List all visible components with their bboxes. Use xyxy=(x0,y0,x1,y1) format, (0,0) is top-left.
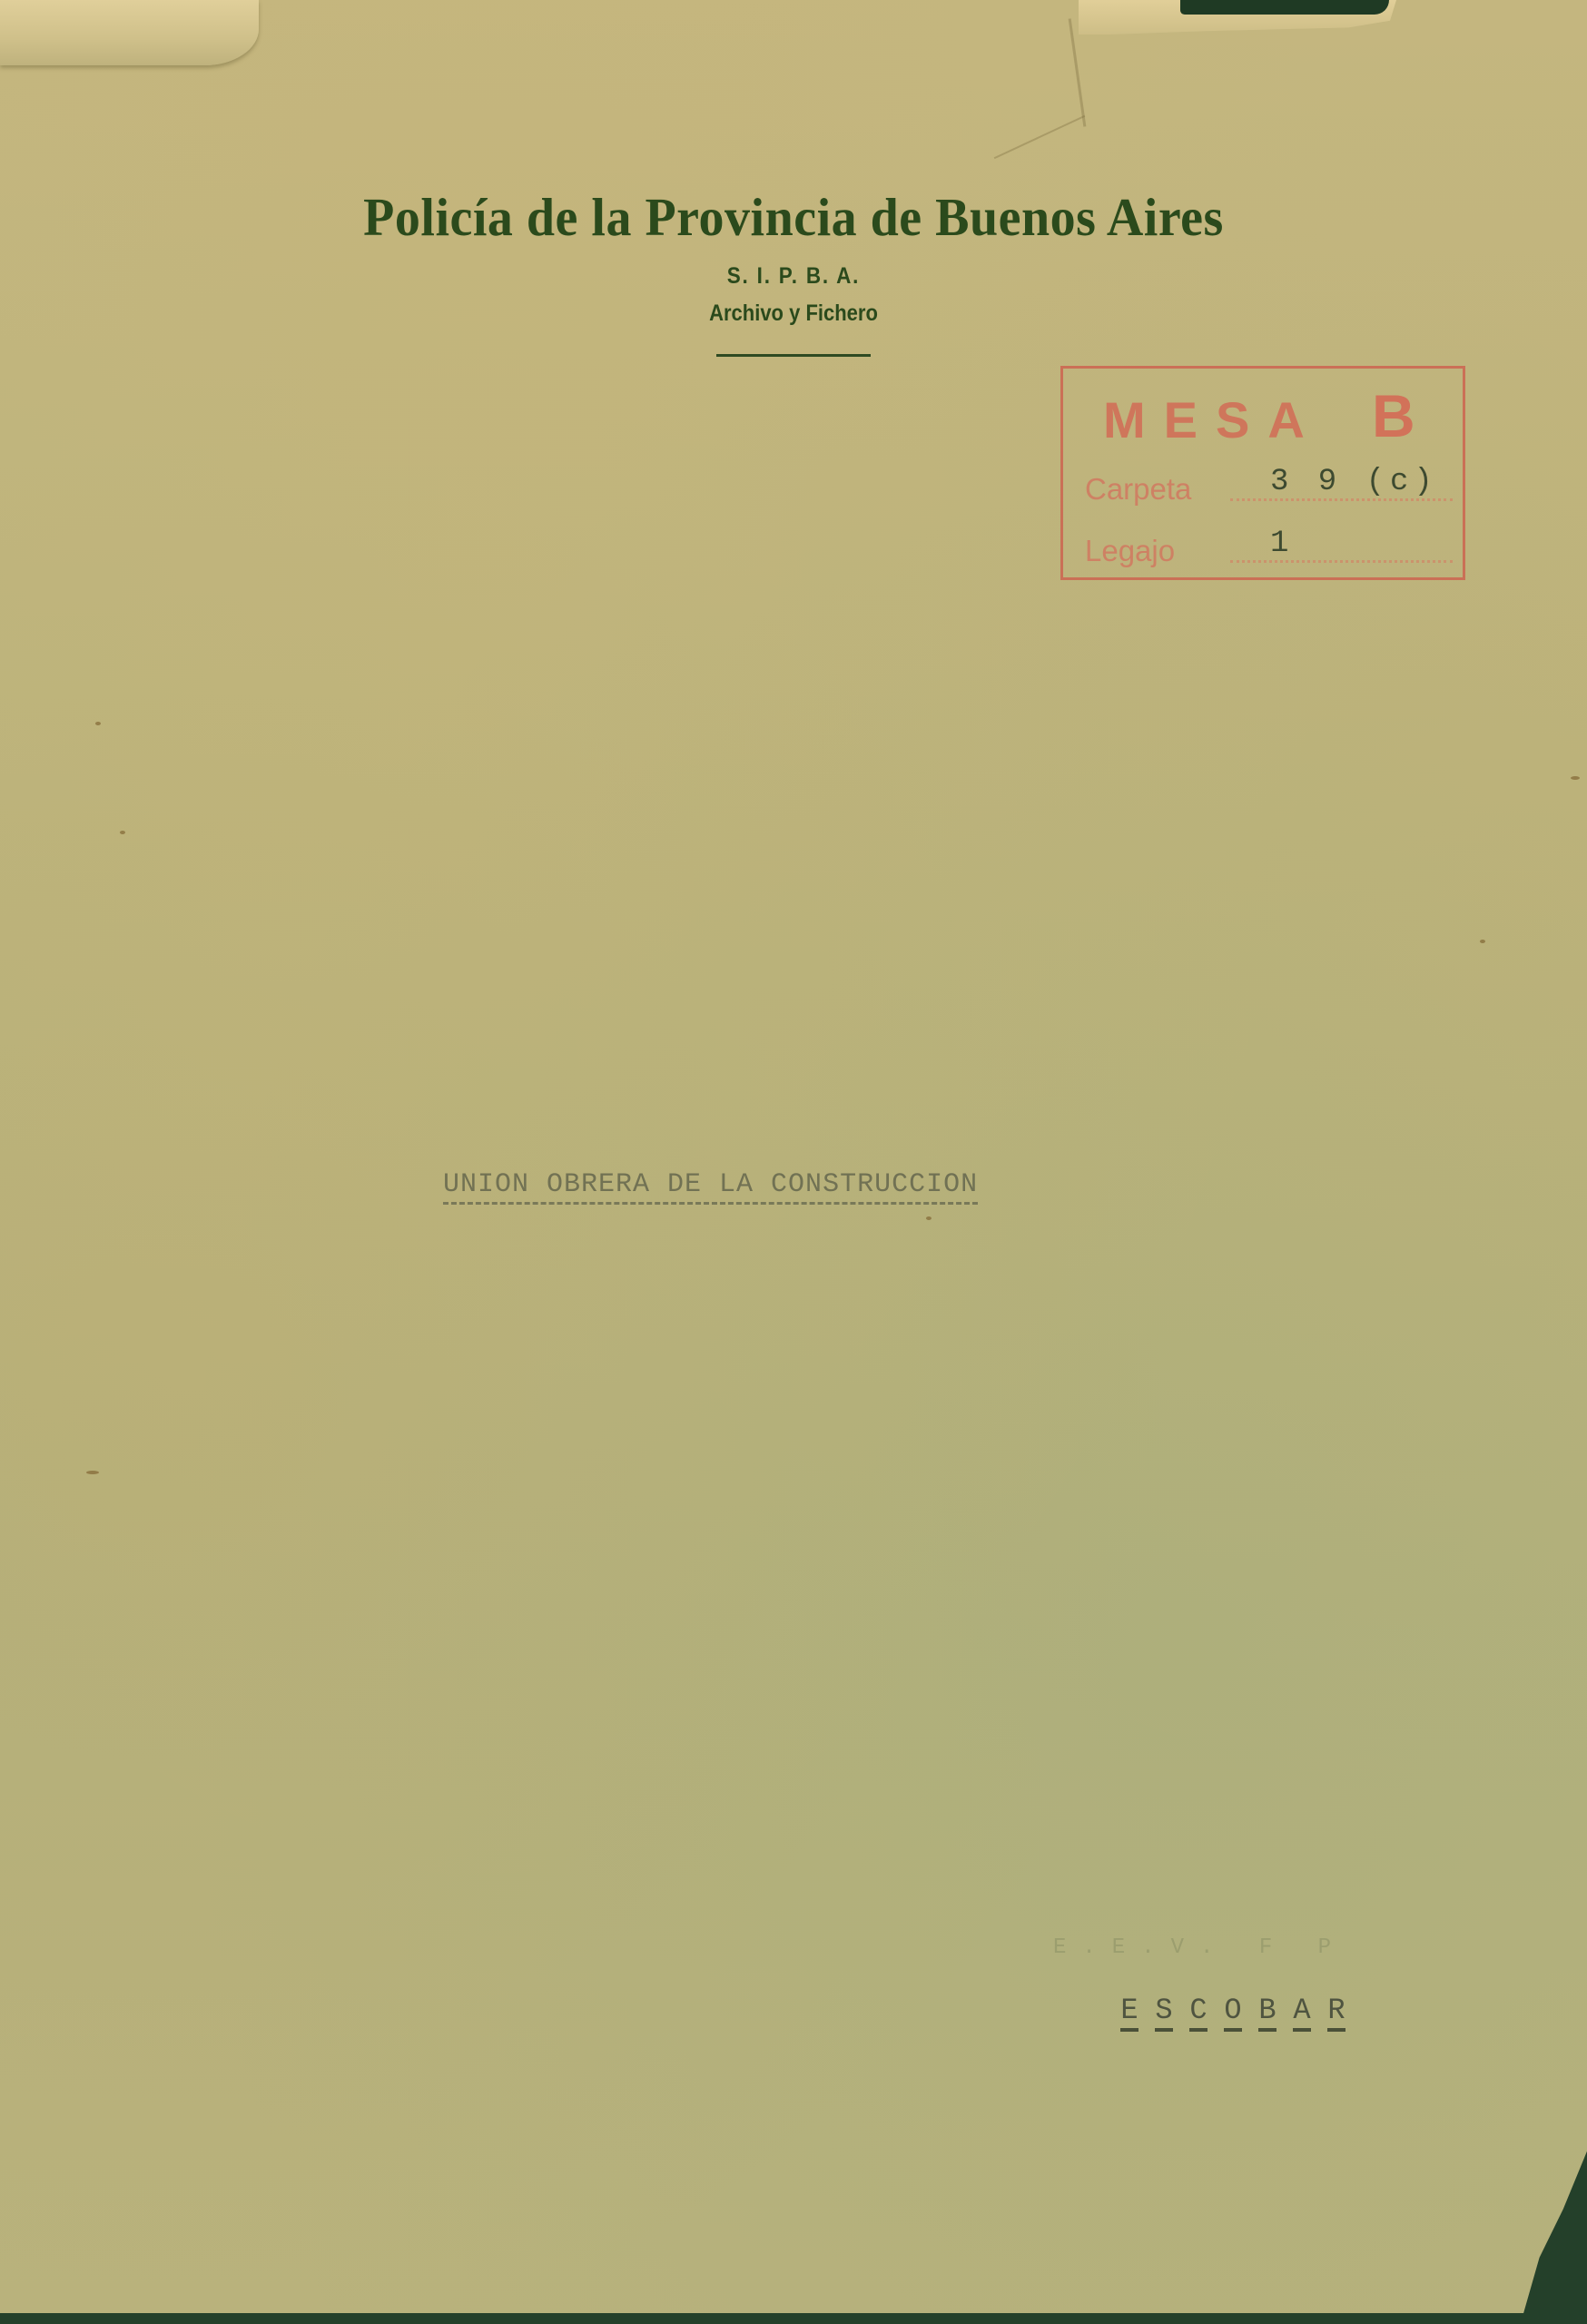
location-letter: O xyxy=(1224,1994,1242,2032)
location-letter: C xyxy=(1189,1994,1207,2032)
legajo-label: Legajo xyxy=(1085,534,1175,568)
subject-title: UNION OBRERA DE LA CONSTRUCCION xyxy=(443,1169,978,1205)
crease-mark xyxy=(994,115,1086,159)
stain-speck xyxy=(95,722,101,725)
folder-cover-page: Policía de la Provincia de Buenos Aires … xyxy=(0,0,1587,2313)
document-header: Policía de la Provincia de Buenos Aires … xyxy=(0,189,1587,357)
stain-speck xyxy=(120,831,125,834)
stamp-row-legajo: Legajo 1 xyxy=(1085,527,1453,568)
stain-speck xyxy=(86,1471,99,1474)
header-divider xyxy=(716,354,871,357)
location-letter: E xyxy=(1120,1994,1138,2032)
stain-speck xyxy=(1571,776,1580,780)
torn-corner-top-left xyxy=(0,0,259,65)
location-letter: A xyxy=(1293,1994,1311,2032)
location-letter: B xyxy=(1258,1994,1276,2032)
location-letter: R xyxy=(1327,1994,1345,2032)
stain-speck xyxy=(1480,940,1485,943)
header-subtitle: S. I. P. B. A. xyxy=(79,263,1507,290)
location-letter: S xyxy=(1155,1994,1173,2032)
stamp-row-carpeta: Carpeta 3 9 (c) xyxy=(1085,465,1453,507)
carpeta-value: 3 9 (c) xyxy=(1270,465,1438,499)
legajo-dotted-line xyxy=(1230,560,1453,563)
header-department: Archivo y Fichero xyxy=(95,300,1492,327)
stamp-mesa-letter: B xyxy=(1372,381,1415,450)
legajo-value: 1 xyxy=(1270,527,1294,561)
crease-mark xyxy=(1069,18,1087,126)
erased-ghost-text: E.E.V. F P xyxy=(1053,1935,1347,1960)
location-typed: E S C O B A R xyxy=(1120,1994,1345,2032)
carpeta-label: Carpeta xyxy=(1085,472,1191,507)
header-title: Policía de la Provincia de Buenos Aires xyxy=(363,187,1224,248)
stain-speck xyxy=(926,1216,931,1220)
tear-gap-top-right xyxy=(1180,0,1389,15)
mesa-stamp: MESA B Carpeta 3 9 (c) Legajo 1 xyxy=(1060,366,1465,580)
stamp-mesa-label: MESA xyxy=(1103,390,1323,449)
